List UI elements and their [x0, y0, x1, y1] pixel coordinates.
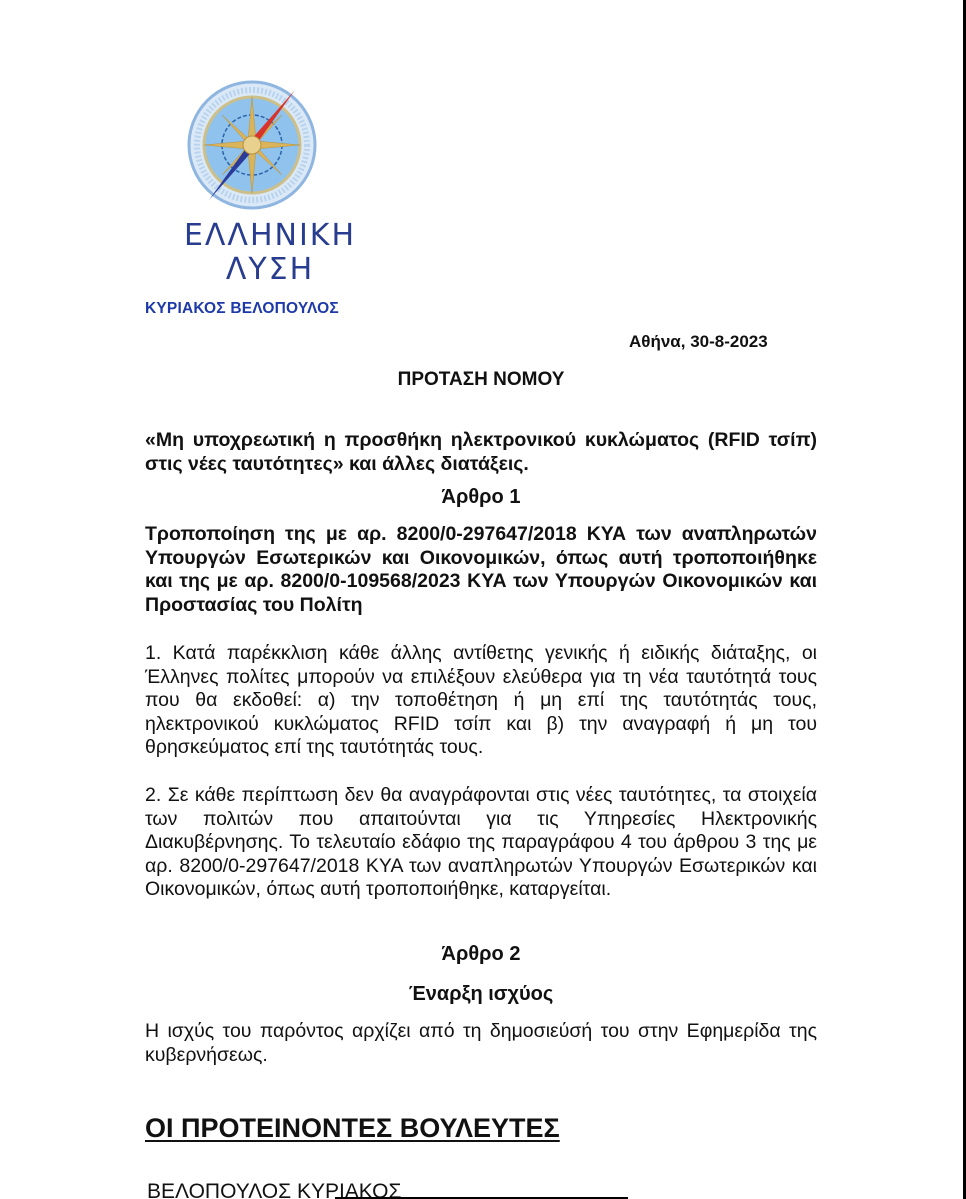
document-type-heading: ΠΡΟΤΑΣΗ ΝΟΜΟΥ: [145, 369, 817, 391]
document-date: Αθήνα, 30-8-2023: [629, 332, 768, 352]
article-1-paragraph-1: 1. Κατά παρέκκλιση κάθε άλλης αντίθετης …: [145, 642, 817, 760]
article-2-paragraph-1: Η ισχύς του παρόντος αρχίζει από τη δημο…: [145, 1020, 817, 1067]
party-name-line1: ΕΛΛΗΝΙΚΗ: [165, 218, 375, 253]
bill-title: «Μη υποχρεωτική η προσθήκη ηλεκτρονικού …: [145, 429, 817, 476]
party-leader-name: ΚΥΡΙΑΚΟΣ ΒΕΛΟΠΟΥΛΟΣ: [145, 300, 339, 318]
article-1-paragraph-2: 2. Σε κάθε περίπτωση δεν θα αναγράφονται…: [145, 784, 817, 902]
article-1-subtitle: Τροποποίηση της με αρ. 8200/0-297647/201…: [145, 523, 817, 617]
signatories-title: ΟΙ ΠΡΟΤΕΙΝΟΝΤΕΣ ΒΟΥΛΕΥΤΕΣ: [145, 1113, 560, 1144]
compass-rose-icon: [187, 80, 317, 210]
article-2-subtitle: Έναρξη ισχύος: [145, 983, 817, 1006]
party-name-line2: ΛΥΣΗ: [165, 252, 375, 287]
article-2-heading: Άρθρο 2: [145, 943, 817, 966]
article-1-heading: Άρθρο 1: [145, 486, 817, 509]
